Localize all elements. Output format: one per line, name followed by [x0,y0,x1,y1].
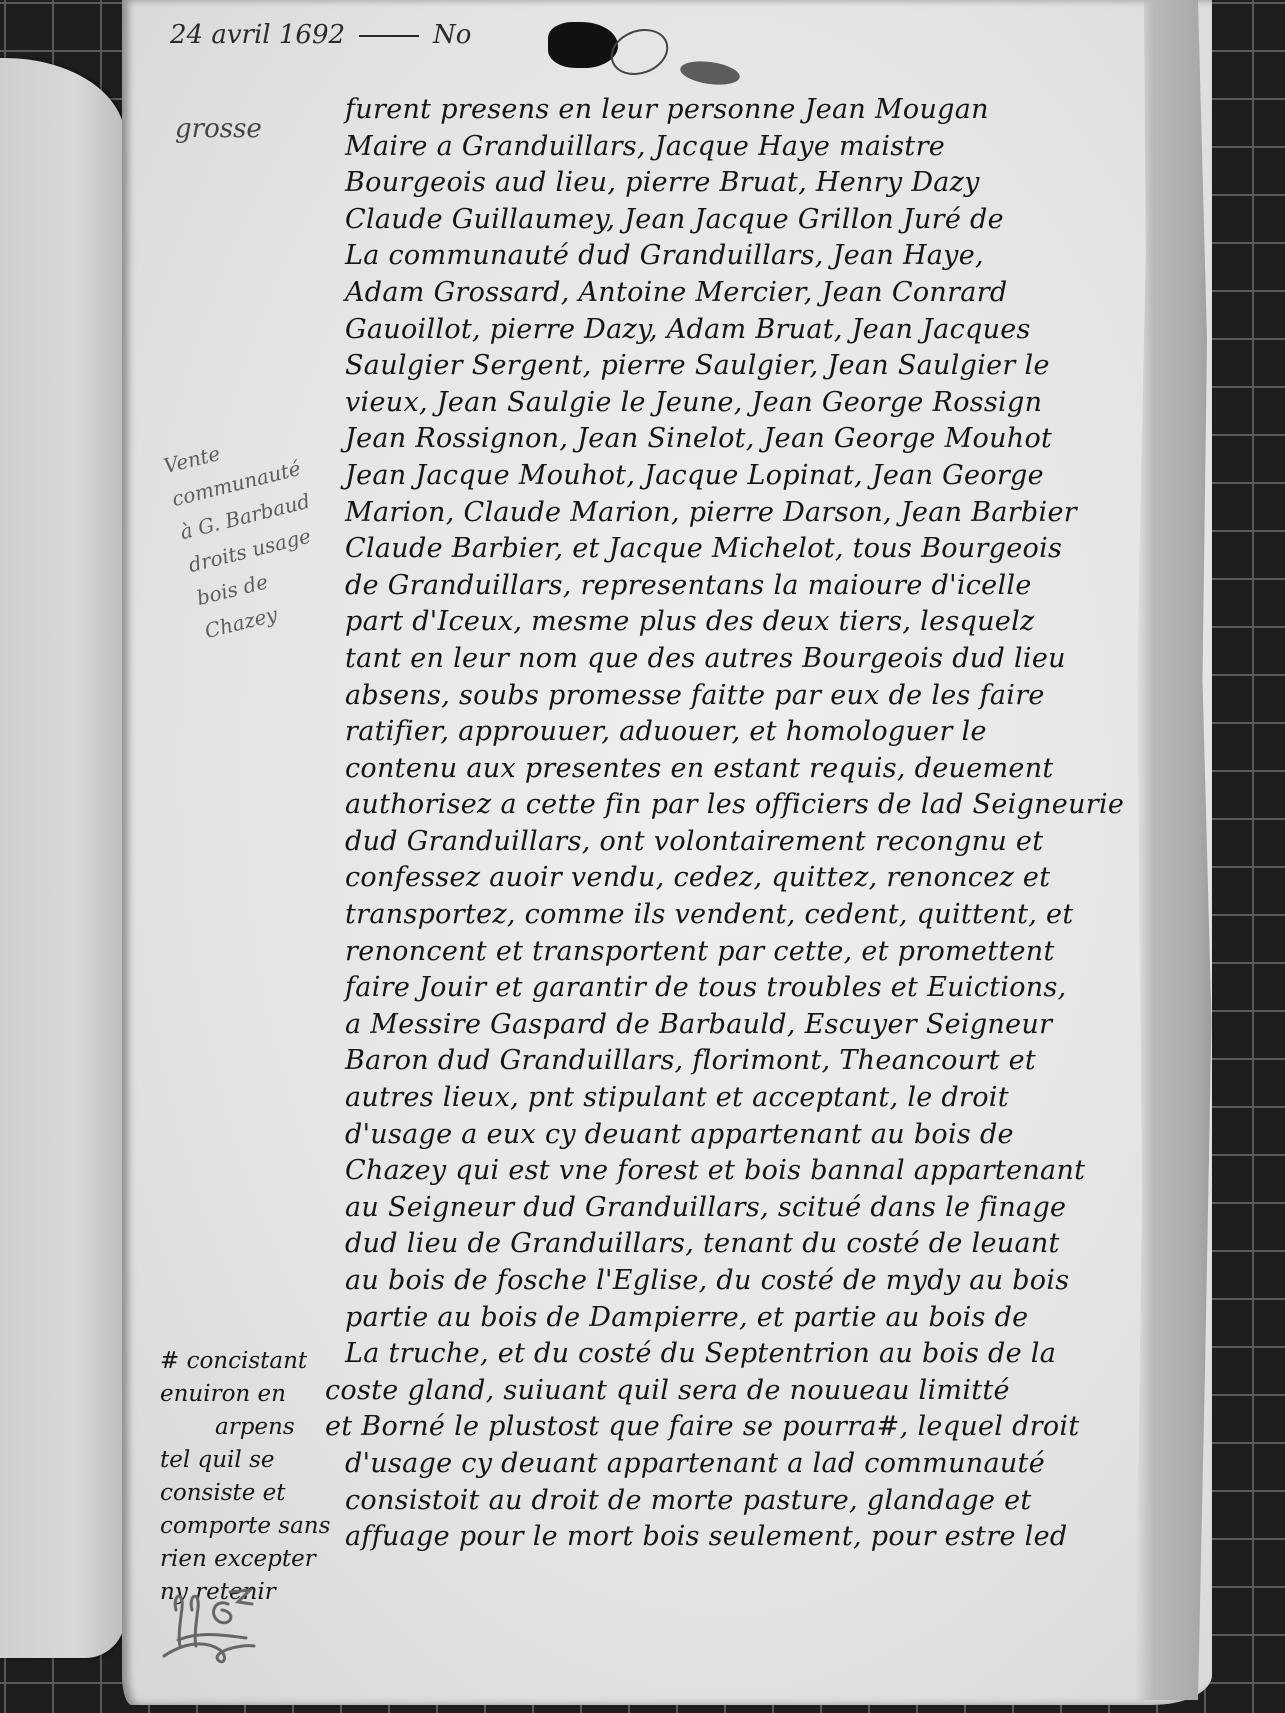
header-rule [359,35,419,37]
header-number-label: No [433,20,471,50]
header-date: 24 avril 1692 [170,20,345,50]
body-line: coste gland, suiuant quil sera de nouuea… [325,1373,1175,1410]
body-line: part d'Iceux, mesme plus des deux tiers,… [345,604,1175,641]
body-line: ratifier, approuuer, aduouer, et homolog… [345,714,1175,751]
ink-note-line: tel quil se [160,1444,340,1477]
ink-note-line: # concistant [160,1345,340,1378]
body-line: Jean Jacque Mouhot, Jacque Lopinat, Jean… [345,458,1175,495]
body-line: Gauoillot, pierre Dazy, Adam Bruat, Jean… [345,312,1175,349]
body-line: Marion, Claude Marion, pierre Darson, Je… [345,495,1175,532]
body-line: vieux, Jean Saulgie le Jeune, Jean Georg… [345,385,1175,422]
body-line: autres lieux, pnt stipulant et acceptant… [345,1080,1175,1117]
ink-note-line: arpens [160,1411,340,1444]
body-line: Chazey qui est vne forest et bois bannal… [345,1153,1175,1190]
body-line: d'usage cy deuant appartenant a lad comm… [345,1446,1175,1483]
body-line: authorisez a cette fin par les officiers… [345,787,1175,824]
body-line: Claude Barbier, et Jacque Michelot, tous… [345,531,1175,568]
body-line: au Seigneur dud Granduillars, scitué dan… [345,1190,1175,1227]
ink-note-line: enuiron en [160,1378,340,1411]
margin-ink-note: # concistant enuiron en arpens tel quil … [160,1345,340,1609]
body-line: furent presens en leur personne Jean Mou… [345,92,1175,129]
margin-note-grosse: grosse [175,112,262,146]
body-line: dud Granduillars, ont volontairement rec… [345,824,1175,861]
body-line: d'usage a eux cy deuant appartenant au b… [345,1117,1175,1154]
body-line: Maire a Granduillars, Jacque Haye maistr… [345,129,1175,166]
body-line: consistoit au droit de morte pasture, gl… [345,1483,1175,1520]
book-left-page [0,58,125,1658]
body-line: affuage pour le mort bois seulement, pou… [345,1519,1175,1556]
body-line: de Granduillars, representans la maioure… [345,568,1175,605]
body-line: faire Jouir et garantir de tous troubles… [345,970,1175,1007]
body-line: transportez, comme ils vendent, cedent, … [345,897,1175,934]
body-line: Adam Grossard, Antoine Mercier, Jean Con… [345,275,1175,312]
ink-note-line: rien excepter [160,1543,340,1576]
body-line: absens, soubs promesse faitte par eux de… [345,678,1175,715]
body-line: au bois de fosche l'Eglise, du costé de … [345,1263,1175,1300]
body-line: contenu aux presentes en estant requis, … [345,751,1175,788]
body-line: La communauté dud Granduillars, Jean Hay… [345,238,1175,275]
body-line: Baron dud Granduillars, florimont, Thean… [345,1043,1175,1080]
ink-note-line: consiste et [160,1477,340,1510]
body-line: dud lieu de Granduillars, tenant du cost… [345,1226,1175,1263]
body-line: La truche, et du costé du Septentrion au… [345,1336,1175,1373]
manuscript-body: furent presens en leur personne Jean Mou… [345,92,1175,1556]
body-line: et Borné le plustost que faire se pourra… [325,1409,1175,1446]
body-line: Bourgeois aud lieu, pierre Bruat, Henry … [345,165,1175,202]
body-line: confessez auoir vendu, cedez, quittez, r… [345,860,1175,897]
ink-blot-icon [548,22,618,68]
body-line: Jean Rossignon, Jean Sinelot, Jean Georg… [345,421,1175,458]
body-line: a Messire Gaspard de Barbauld, Escuyer S… [345,1007,1175,1044]
body-line: Saulgier Sergent, pierre Saulgier, Jean … [345,348,1175,385]
body-line: partie au bois de Dampierre, et partie a… [345,1300,1175,1337]
body-line: tant en leur nom que des autres Bourgeoi… [345,641,1175,678]
body-line: Claude Guillaumey, Jean Jacque Grillon J… [345,202,1175,239]
body-line: renoncent et transportent par cette, et … [345,934,1175,971]
ink-note-line: comporte sans [160,1510,340,1543]
paraph-signature-icon [158,1580,268,1670]
